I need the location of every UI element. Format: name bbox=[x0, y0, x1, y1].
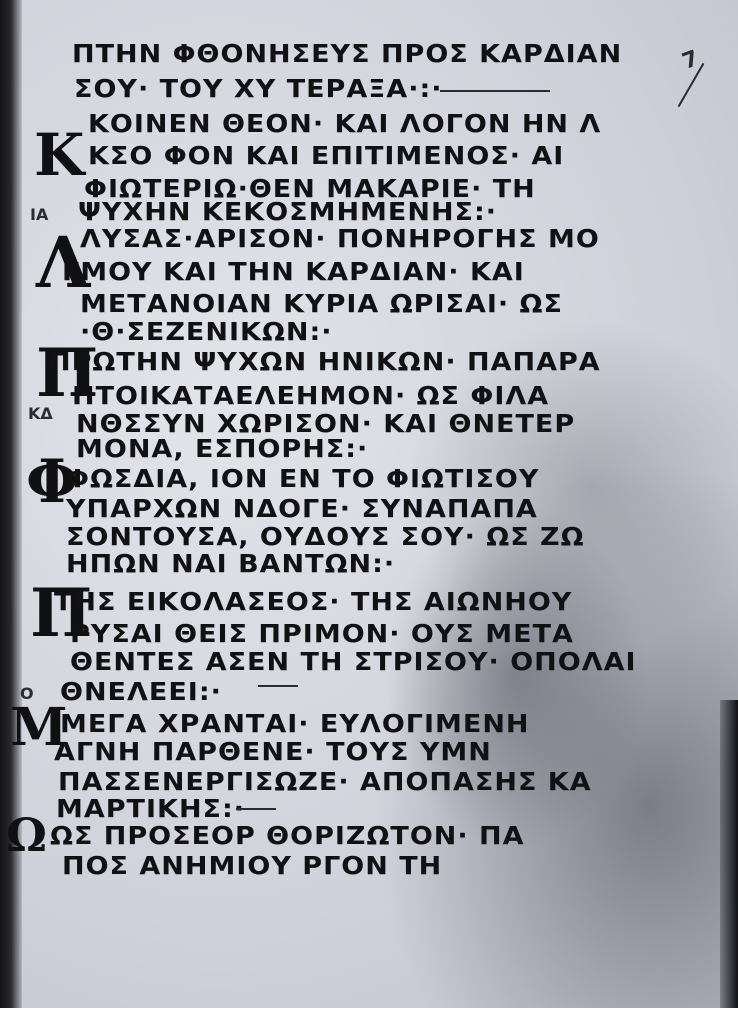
text-line: ΘΝΕΛΕΕΙ:· bbox=[60, 678, 222, 707]
manuscript-page: 7 Κ Λ Π Φ Π Μ Ω ΙΑ ΚΔ Ο ΠΤΗΝ ΦΘΟΝΗΣΕΥΣ Π… bbox=[0, 0, 738, 1008]
text-line: ΣΟΥ· ΤΟΥ ΧΥ ΤΕΡΑΞΑ·:· bbox=[74, 75, 443, 104]
text-line: ΠΟΣ ΑΝΗΜΙΟΥ ΡΓΟΝ ΤΗ bbox=[62, 852, 442, 881]
text-line: ΑΓΝΗ ΠΑΡΘΕΝΕ· ΤΟΥΣ ΥΜΝ bbox=[54, 738, 492, 767]
initial-letter: Κ bbox=[34, 126, 84, 184]
text-line: ΦΩΣΔΙΑ, ΙΟΝ ΕΝ ΤΟ ΦΙΩΤΙΣΟΥ bbox=[66, 465, 539, 494]
text-line: ΩΣ ΠΡΟΣΕΟΡ ΘΟΡΙΖΩΤΟΝ· ΠΑ bbox=[50, 822, 525, 851]
initial-letter: Ω bbox=[6, 812, 47, 858]
margin-note: Ο bbox=[20, 684, 34, 703]
page-edge-shadow bbox=[720, 700, 738, 1010]
text-line: ΚΟΙΝΕΝ ΘΕΟΝ· ΚΑΙ ΛΟΓΟΝ ΗΝ Λ bbox=[88, 110, 601, 139]
text-line: ΥΠΑΡΧΩΝ ΝΔΟΓΕ· ΣΥΝΑΠΑΠΑ bbox=[66, 495, 538, 524]
text-line: ΗΠΩΝ ΝΑΙ ΒΑΝΤΩΝ:· bbox=[66, 550, 395, 579]
text-line: ΠΑΣΣΕΝΕΡΓΙΣΩΖΕ· ΑΠΟΠΑΣΗΣ ΚΑ bbox=[58, 768, 592, 797]
line-filler-stroke bbox=[440, 90, 550, 92]
text-line: ΓΜΟΥ ΚΑΙ ΤΗΝ ΚΑΡΔΙΑΝ· ΚΑΙ bbox=[62, 258, 525, 287]
text-line: ·Θ·ΣΕΖΕΝΙΚΩΝ:· bbox=[80, 318, 333, 347]
text-line: ΛΥΣΑΣ·ΑΡΙΣΟΝ· ΠΟΝΗΡΟΓΗΣ ΜΟ bbox=[80, 225, 600, 254]
text-line: ΘΕΝΤΕΣ ΑΣΕΝ ΤΗ ΣΤΡΙΣΟΥ· ΟΠΟΛΑΙ bbox=[70, 648, 637, 677]
text-line: ΜΑΡΤΙΚΗΣ:· bbox=[56, 795, 245, 824]
text-line: ΠΡΩΤΗΝ ΨΥΧΩΝ ΗΝΙΚΩΝ· ΠΑΠΑΡΑ bbox=[48, 348, 601, 377]
line-filler-stroke bbox=[258, 685, 298, 687]
text-line: ΚΣΟ ΦΟΝ ΚΑΙ ΕΠΙΤΙΜΕΝΟΣ· ΑΙ bbox=[88, 142, 564, 171]
text-line: ΜΕΓΑ ΧΡΑΝΤΑΙ· ΕΥΛΟΓΙΜΕΝΗ bbox=[60, 710, 530, 739]
margin-note: ΙΑ bbox=[30, 205, 48, 224]
text-line: ΤΗΣ ΕΙΚΟΛΑΣΕΟΣ· ΤΗΣ ΑΙΩΝΗΟΥ bbox=[54, 588, 572, 617]
text-line: ΨΥΧΗΝ ΚΕΚΟΣΜΗΜΕΝΗΣ:· bbox=[78, 198, 497, 227]
text-line: ΜΟΝΑ, ΕΣΠΟΡΗΣ:· bbox=[76, 435, 368, 464]
text-line: ΠΤΗΝ ΦΘΟΝΗΣΕΥΣ ΠΡΟΣ ΚΑΡΔΙΑΝ bbox=[72, 40, 622, 69]
text-line: ΜΕΤΑΝΟΙΑΝ ΚΥΡΙΑ ΩΡΙΣΑΙ· ΩΣ bbox=[80, 290, 563, 319]
margin-note: ΚΔ bbox=[28, 404, 53, 423]
bottom-margin bbox=[0, 1008, 738, 1016]
text-line: ΠΤΟΙΚΑΤΑΕΛΕΗΜΟΝ· ΩΣ ΦΙΛΑ bbox=[72, 382, 549, 411]
line-filler-stroke bbox=[236, 808, 276, 810]
text-line: ΡΥΣΑΙ ΘΕΙΣ ΠΡΙΜΟΝ· ΟΥΣ ΜΕΤΑ bbox=[70, 620, 574, 649]
text-line: ΣΟΝΤΟΥΣΑ, ΟΥΔΟΥΣ ΣΟΥ· ΩΣ ΖΩ bbox=[66, 523, 585, 552]
